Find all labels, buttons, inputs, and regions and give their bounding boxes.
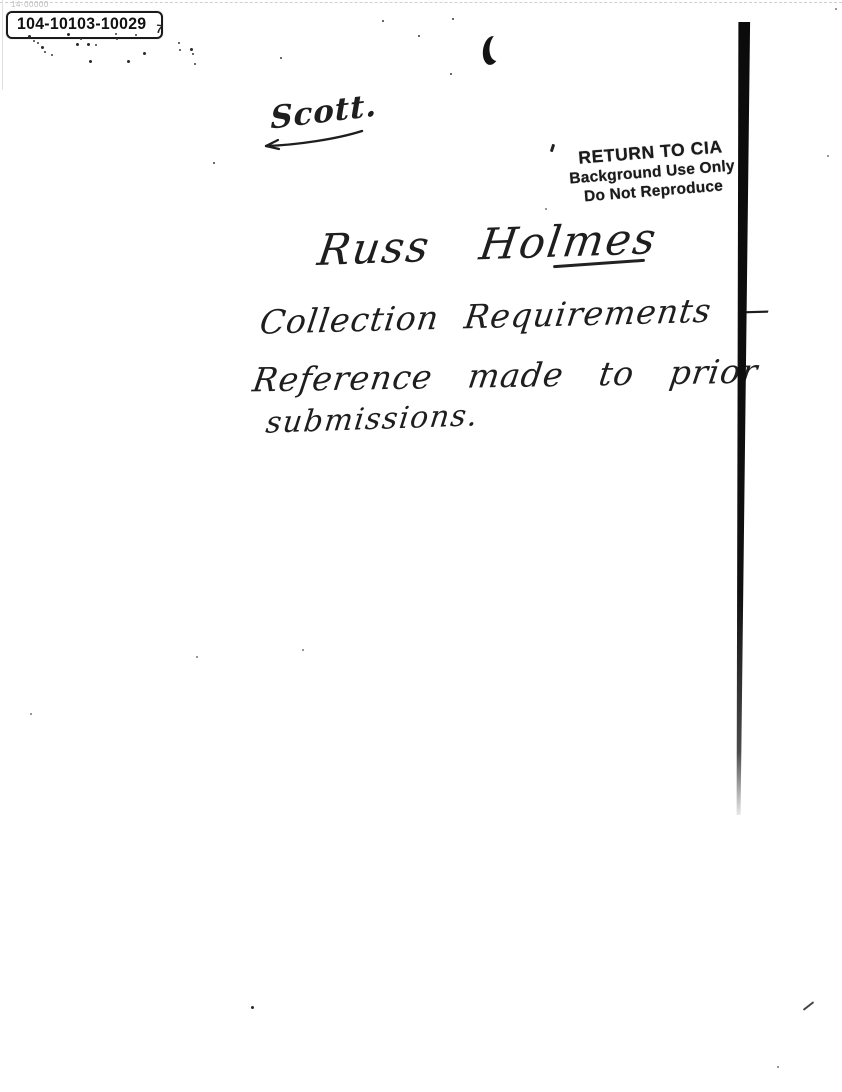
- ink-speck: [51, 54, 53, 56]
- ink-speck: [178, 42, 180, 44]
- ink-speck: [450, 73, 452, 75]
- signature-underline-arrow: [252, 126, 367, 152]
- ink-speck: [827, 155, 829, 157]
- record-number: 104-10103-10029: [17, 15, 146, 34]
- scan-edge-artifact: [0, 2, 842, 3]
- ink-speck: [28, 35, 31, 38]
- ink-speck: [192, 53, 194, 55]
- ink-speck: [44, 51, 46, 53]
- ink-speck: [87, 43, 90, 46]
- ink-speck: [452, 18, 454, 20]
- ink-speck: [251, 1006, 254, 1009]
- ink-speck: [835, 8, 837, 10]
- ink-speck: [545, 208, 547, 210]
- handwritten-name: Russ Holmes: [315, 214, 661, 276]
- ink-speck: [418, 35, 420, 37]
- handwritten-line-collection: Collection Requirements —: [258, 289, 774, 342]
- crescent-ink-blot: [481, 35, 502, 66]
- ink-speck: [95, 44, 97, 46]
- handwritten-line-reference: Reference made to prior: [250, 352, 760, 400]
- ink-speck: [127, 60, 130, 63]
- scanned-document-page: 14-00000 104-10103-10029 7 Scott.: [0, 0, 842, 1092]
- ink-speck: [33, 40, 35, 42]
- ink-speck: [280, 57, 282, 59]
- ink-speck: [777, 1066, 779, 1068]
- ink-speck: [196, 656, 198, 658]
- ink-speck: [190, 48, 193, 51]
- return-to-cia-stamp: RETURN TO CIA Background Use Only Do Not…: [550, 134, 754, 209]
- ink-speck: [302, 649, 304, 651]
- ink-speck: [116, 38, 118, 40]
- ink-speck: [67, 33, 70, 36]
- ink-speck: [30, 713, 32, 715]
- ink-speck: [41, 46, 44, 49]
- faded-record-number: 14-00000: [11, 0, 49, 9]
- ink-speck: [37, 42, 39, 44]
- ink-speck: [194, 63, 196, 65]
- ink-speck: [135, 34, 137, 36]
- ink-speck: [80, 38, 82, 40]
- scan-edge-artifact: [2, 0, 3, 90]
- ink-speck: [179, 49, 181, 51]
- ink-speck: [143, 52, 146, 55]
- stray-numeral-mark: 7: [155, 22, 163, 37]
- stray-pen-tick: [803, 1001, 814, 1011]
- ink-speck: [76, 43, 79, 46]
- ink-speck: [382, 20, 384, 22]
- ink-speck: [115, 33, 117, 35]
- ink-speck: [89, 60, 92, 63]
- ink-speck: [213, 162, 215, 164]
- handwritten-line-submissions: submissions.: [264, 398, 481, 441]
